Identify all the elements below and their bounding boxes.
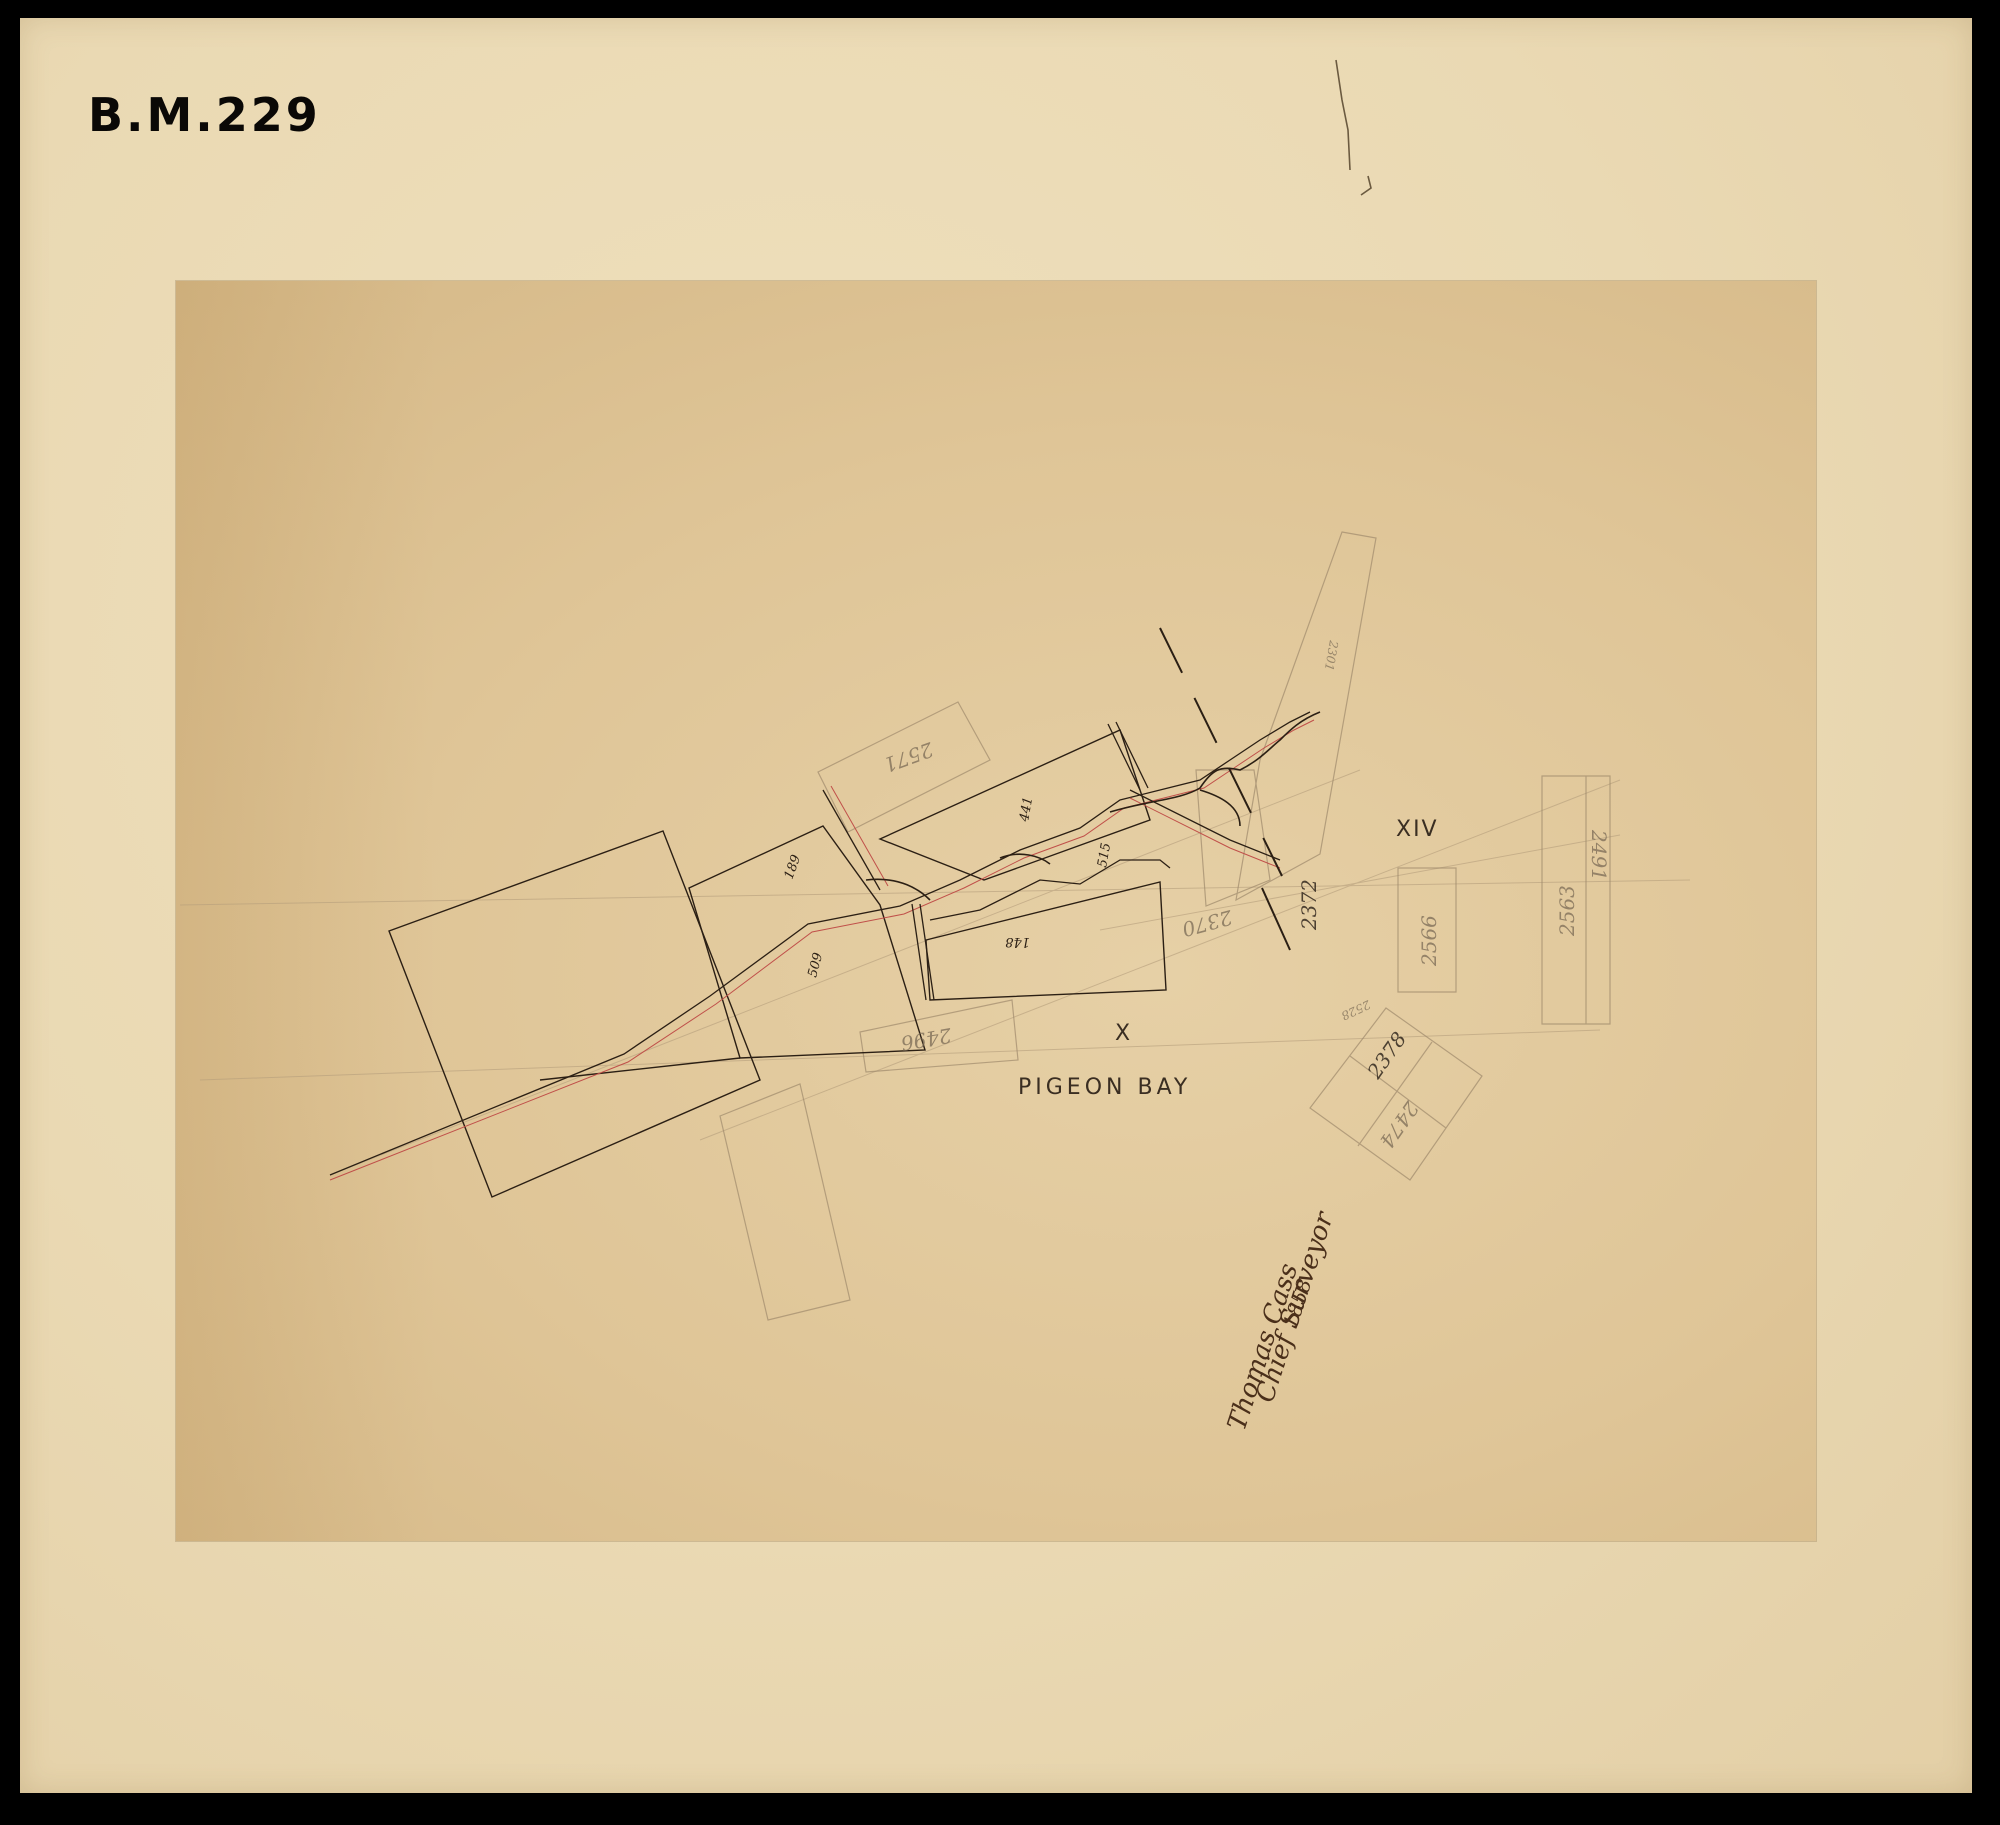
parcel-2566: 2566 <box>1417 915 1441 967</box>
parcel-2563: 2563 <box>1555 885 1579 937</box>
parcel-2571: 2571 <box>880 737 937 777</box>
pencil-parcels <box>720 532 1610 1320</box>
district-label-x: X <box>1115 1021 1132 1046</box>
parcel-441: 441 <box>1017 796 1036 824</box>
place-name: PIGEON BAY <box>1018 1075 1191 1100</box>
ink-parcels <box>389 730 1166 1197</box>
district-label-xiv: XIV <box>1396 817 1439 842</box>
road-reserve <box>330 712 1314 1180</box>
parcel-2378: 2378 <box>1362 1027 1411 1083</box>
mount-crease-mark <box>1361 176 1371 195</box>
parcel-2372: 2372 <box>1297 879 1321 931</box>
parcel-2301: 2301 <box>1322 638 1341 671</box>
parcel-148: 148 <box>1005 934 1030 949</box>
district-boundary <box>1160 628 1282 876</box>
parcel-509: 509 <box>805 951 826 979</box>
survey-map: XIV X PIGEON BAY 189 509 441 515 148 257… <box>0 0 2000 1825</box>
mount-crease <box>1336 60 1350 170</box>
parcel-2496: 2496 <box>899 1023 955 1056</box>
parcel-2474: 2474 <box>1375 1096 1424 1152</box>
parcel-2528: 2528 <box>1339 997 1374 1023</box>
district-boundary-end <box>1262 888 1290 950</box>
construction-lines <box>180 770 1690 1175</box>
parcel-189: 189 <box>782 853 805 881</box>
parcel-2491: 2491 <box>1587 829 1611 881</box>
